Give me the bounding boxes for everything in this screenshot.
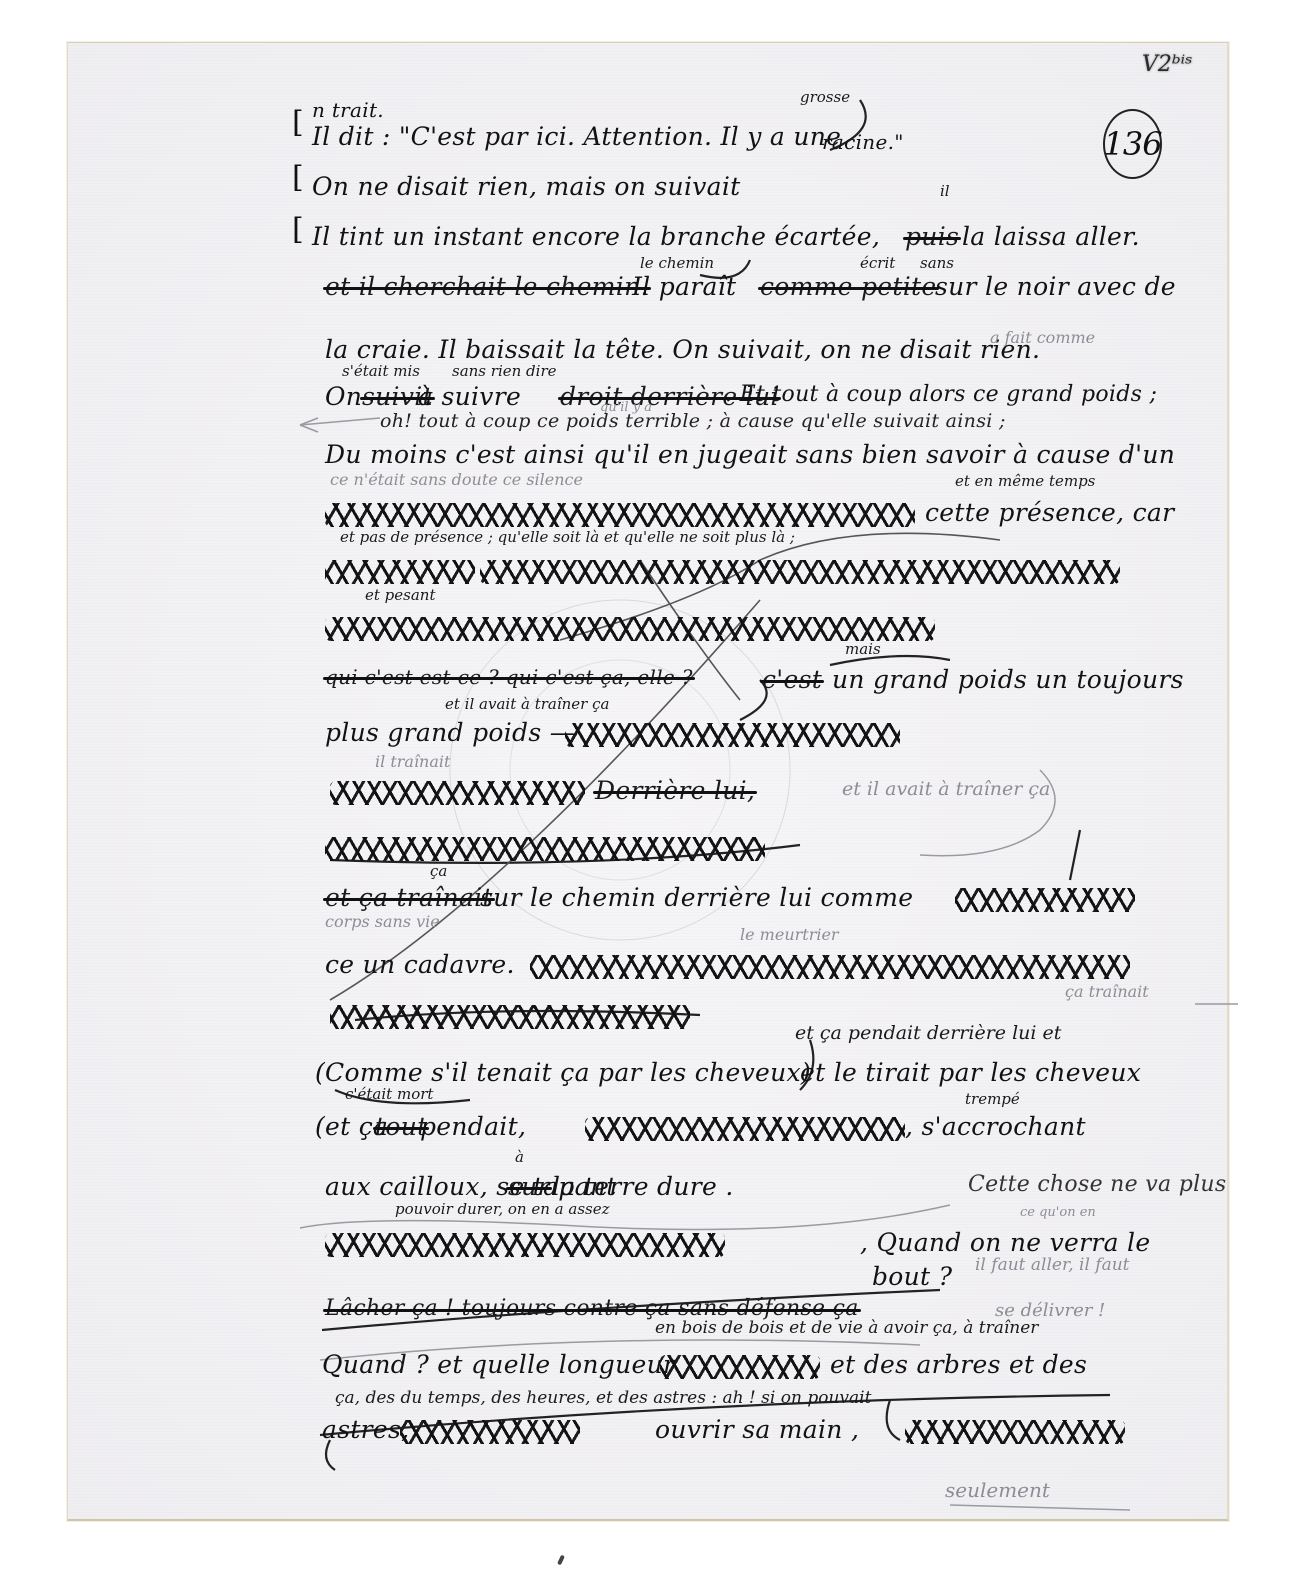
interlinear-addition: mais — [845, 640, 881, 658]
interlinear-addition: écrit — [860, 254, 895, 272]
manuscript-line: Il dit : "C'est par ici. Attention. Il y… — [312, 122, 841, 151]
manuscript-line: un corps mort — [955, 883, 1135, 912]
interlinear-addition: et pesant — [365, 586, 435, 604]
manuscript-line: Cette chose ne va plus — [968, 1172, 1226, 1197]
margin-bracket: [ — [292, 105, 304, 140]
folio-annotation: V2ᵇⁱˢ — [1142, 52, 1193, 77]
pencil-note: ça traînait — [1065, 982, 1149, 1001]
manuscript-line: et des arbres et des — [830, 1350, 1087, 1379]
pencil-note: et il avait à traîner ça — [842, 778, 1050, 800]
interlinear-addition: pouvoir durer, on en a assez — [395, 1200, 610, 1218]
manuscript-line: astres, — [322, 1415, 409, 1444]
scribbled-text: pendant la nuit y a-t-il tant de silence… — [325, 503, 915, 527]
manuscript-line: la craie. Il baissait la tête. On suivai… — [325, 335, 1040, 364]
manuscript-line: . Et tout à coup alors ce grand poids ; — [725, 382, 1157, 407]
margin-bracket: [ — [292, 160, 304, 195]
pencil-note: ce qu'on en — [1020, 1205, 1096, 1220]
manuscript-line: et le tirait par les cheveux — [800, 1058, 1141, 1087]
manuscript-line: pendant la nuit y a-t-il tant de silence… — [325, 498, 915, 527]
manuscript-line: Quand ? et quelle longueur — [322, 1350, 675, 1379]
interlinear-addition: c'était mort — [345, 1085, 433, 1103]
interlinear-addition: ça, des du temps, des heures, et des ast… — [335, 1388, 871, 1408]
manuscript-line: bout ? — [872, 1262, 952, 1291]
margin-bracket: [ — [292, 212, 304, 247]
interlinear-addition: et pas de présence ; qu'elle soit là et … — [340, 528, 795, 546]
manuscript-line: comme petite — [760, 272, 937, 301]
manuscript-line: cette présence, car — [925, 498, 1174, 527]
manuscript-line: sur le chemin derrière lui comme — [480, 883, 913, 912]
manuscript-line: et il cherchait le chemin. — [325, 272, 649, 301]
manuscript-line: il suffisait d'être là et en même temps … — [480, 555, 1120, 584]
interlinear-addition: sans — [920, 254, 954, 272]
manuscript-line: comme par la main le cadavre d'une perso… — [530, 950, 1130, 979]
interlinear-addition: en bois de bois et de vie à avoir ça, à … — [655, 1318, 1038, 1338]
manuscript-line: sur — [508, 1172, 550, 1201]
manuscript-line: la terre dure . — [552, 1172, 734, 1201]
manuscript-line: , Quand on ne verra le — [860, 1228, 1150, 1257]
manuscript-line: Il paraît — [632, 272, 736, 301]
interlinear-addition: grosse — [800, 88, 850, 106]
manuscript-line: un terriblement grand poids — [565, 718, 900, 747]
manuscript-line: et pendant ça, il pesait — [330, 776, 585, 805]
manuscript-line: derrière lui sur le chemin — [585, 1112, 905, 1141]
manuscript-line: sur le noir avec de — [935, 272, 1176, 301]
manuscript-line: et ça traînait — [325, 883, 493, 912]
manuscript-line: la laissa aller. — [962, 222, 1140, 251]
manuscript-line: On — [325, 382, 362, 411]
manuscript-line: en même temps, — [325, 555, 475, 584]
manuscript-line: plus grand poids — — [325, 718, 575, 747]
pencil-note: seulement — [945, 1478, 1050, 1502]
interlinear-addition: il — [940, 182, 950, 200]
manuscript-line: ouvrir sa main , — [655, 1415, 859, 1444]
manuscript-line: il fait parler. Il était là en même temp… — [325, 612, 935, 641]
pencil-note: ce n'était sans doute ce silence — [330, 470, 583, 489]
manuscript-line: pendait, — [420, 1112, 526, 1141]
manuscript-line: qui c'est est-ce ? qui c'est ça, elle ? — [325, 665, 693, 689]
manuscript-line: puis — [905, 222, 959, 251]
interlinear-addition: et ça pendait derrière lui et — [795, 1022, 1061, 1044]
manuscript-line: Quand est-ce qu'on en verra le bout — [325, 1228, 725, 1257]
manuscript-line: des heures encore — [400, 1415, 580, 1444]
pencil-note: corps sans vie — [325, 912, 440, 931]
manuscript-line: , s'accrochant — [905, 1112, 1086, 1141]
manuscript-line: Il tint un instant encore la branche éca… — [312, 222, 880, 251]
manuscript-line: (Comme s'il tenait ça par les cheveux) — [315, 1058, 811, 1087]
interlinear-addition: et il avait à traîner ça — [445, 695, 609, 713]
pencil-note: le meurtrier — [740, 925, 839, 944]
interlinear-addition: ça — [430, 862, 447, 880]
struck-text: puis — [905, 222, 959, 251]
interlinear-addition: trempé — [965, 1090, 1020, 1108]
pencil-note: a fait comme — [990, 328, 1095, 347]
manuscript-line: et se retourner enfin — [905, 1415, 1125, 1444]
manuscript-line: racine." — [822, 130, 904, 154]
manuscript-line: de chemin encore — [660, 1350, 820, 1379]
manuscript-line: à suivre — [418, 382, 521, 411]
ink-speck — [557, 1555, 565, 1566]
manuscript-line: On ne disait rien, mais on suivait — [312, 172, 741, 201]
interlinear-addition: sans rien dire — [452, 362, 557, 380]
pencil-note: il traînait — [375, 752, 450, 771]
interlinear-addition: le chemin — [640, 254, 714, 272]
interlinear-addition: et en même temps — [955, 472, 1095, 490]
manuscript-line: un grand poids un toujours — [832, 665, 1184, 694]
manuscript-line: ce un cadavre. — [325, 950, 515, 979]
manuscript-line: Derrière lui, — [595, 776, 755, 805]
manuscript-line: Du moins c'est ainsi qu'il en jugeait sa… — [325, 440, 1175, 469]
manuscript-line: personne assassinée par lui. — [330, 1000, 690, 1029]
manuscript-line: oh! tout à coup ce poids terrible ; à ca… — [380, 410, 1006, 432]
manuscript-line: comme dans un corps mort accrochant / — [325, 832, 765, 861]
manuscript-line: n trait. — [312, 98, 384, 122]
interlinear-addition: à — [515, 1148, 524, 1166]
pencil-note: il faut aller, il faut — [975, 1255, 1130, 1275]
interlinear-addition: s'était mis — [342, 362, 420, 380]
manuscript-line: c'est — [762, 665, 822, 694]
folio-number: 136 — [1103, 109, 1162, 179]
